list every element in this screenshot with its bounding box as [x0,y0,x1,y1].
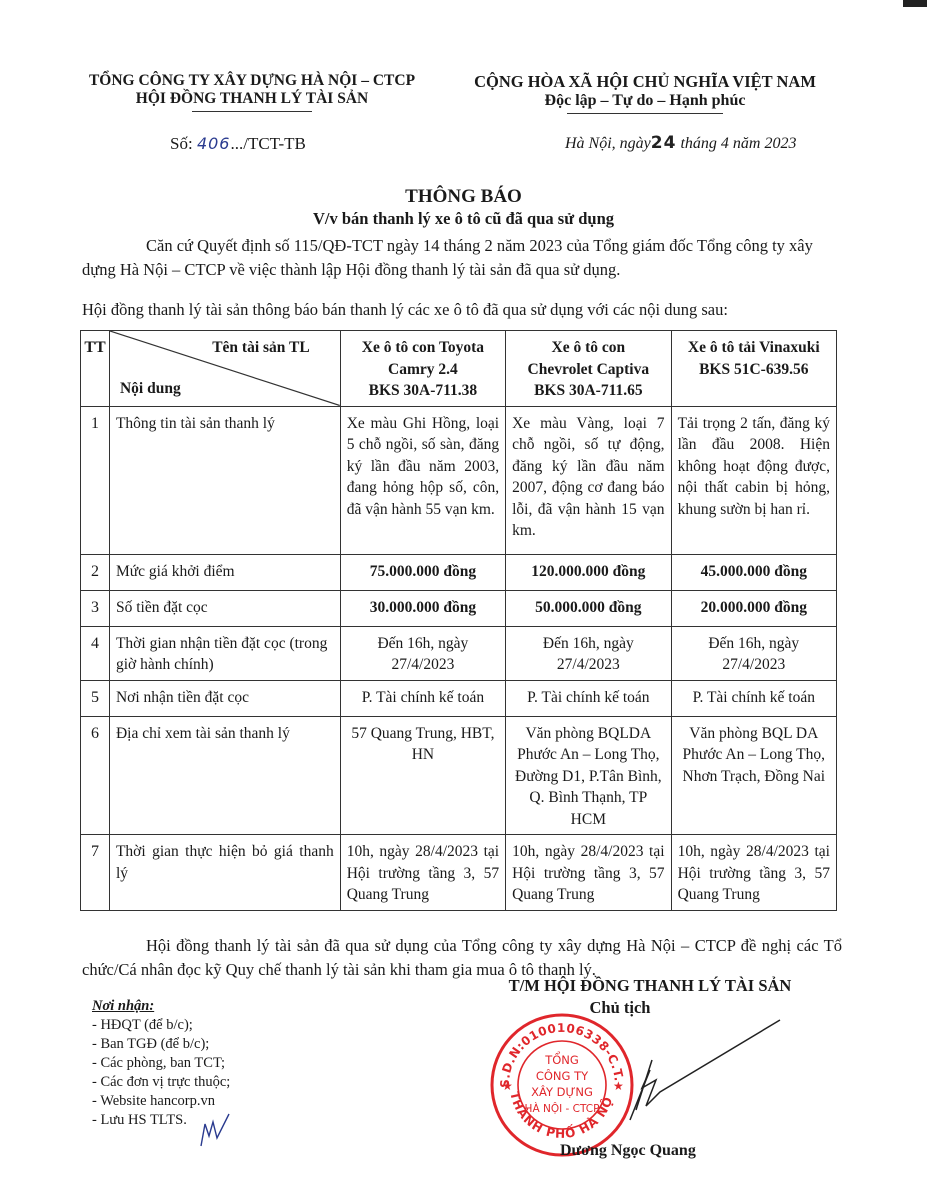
doc-number-handwritten: 406 [197,134,231,153]
table-row: 7 Thời gian thực hiện bỏ giá thanh lý 10… [81,835,837,911]
svg-text:HÀ NỘI - CTCP: HÀ NỘI - CTCP [525,1102,600,1115]
recipients-heading: Nơi nhận: [92,997,230,1016]
asset-3-line-1: Xe ô tô tải Vinaxuki [678,337,830,359]
issuer-header: TỔNG CÔNG TY XÂY DỰNG HÀ NỘI – CTCP HỘI … [62,72,442,112]
document-date: Hà Nội, ngày24 tháng 4 năm 2023 [565,133,796,153]
cell-asset-1: Đến 16h, ngày 27/4/2023 [340,626,505,680]
recipient-item: - Website hancorp.vn [92,1092,230,1111]
date-suffix: tháng 4 năm 2023 [676,135,796,152]
initial-signature-icon [195,1110,235,1150]
date-day-handwritten: 24 [651,133,677,153]
cell-asset-2: Đến 16h, ngày 27/4/2023 [506,626,671,680]
svg-text:★: ★ [502,1079,513,1093]
recipient-item: - Ban TGĐ (để b/c); [92,1035,230,1054]
cell-asset-1: 30.000.000 đồng [340,590,505,626]
national-header: CỘNG HÒA XÃ HỘI CHỦ NGHĨA VIỆT NAM Độc l… [445,72,845,114]
row-number: 3 [81,590,110,626]
doc-number-prefix: Số: [170,134,197,153]
header-asset-1: Xe ô tô con Toyota Camry 2.4 BKS 30A-711… [340,331,505,407]
document-subject: V/v bán thanh lý xe ô tô cũ đã qua sử dụ… [0,209,927,229]
row-label: Địa chỉ xem tài sản thanh lý [109,716,340,835]
asset-1-line-2: Camry 2.4 [347,359,499,381]
signatory-title: T/M HỘI ĐỒNG THANH LÝ TÀI SẢN [470,976,830,996]
recipient-item: - Các đơn vị trực thuộc; [92,1073,230,1092]
cell-asset-1: P. Tài chính kế toán [340,680,505,716]
cell-asset-2: Xe màu Vàng, loại 7 chỗ ngồi, số tự động… [506,406,671,554]
cell-asset-2: P. Tài chính kế toán [506,680,671,716]
row-number: 4 [81,626,110,680]
asset-2-line-2: Chevrolet Captiva [512,359,664,381]
country-name: CỘNG HÒA XÃ HỘI CHỦ NGHĨA VIỆT NAM [445,72,845,91]
handwritten-signature-icon [590,1010,790,1130]
svg-text:TỔNG: TỔNG [544,1051,579,1067]
diag-bottom-label: Nội dung [120,378,181,400]
document-number: Số: 406.../TCT-TB [170,134,306,154]
row-label: Thời gian thực hiện bỏ giá thanh lý [109,835,340,911]
asset-1-plate: BKS 30A-711.38 [347,380,499,402]
diag-top-label: Tên tài sản TL [212,337,309,359]
legal-basis-paragraph: Căn cứ Quyết định số 115/QĐ-TCT ngày 14 … [82,234,842,282]
closing-paragraph: Hội đồng thanh lý tài sản đã qua sử dụng… [82,934,842,982]
table-row: 2 Mức giá khởi điểm 75.000.000 đồng 120.… [81,554,837,590]
doc-number-suffix: .../TCT-TB [230,134,305,153]
asset-3-plate: BKS 51C-639.56 [678,359,830,381]
table-header-row: TT Tên tài sản TL Nội dung Xe ô tô con T… [81,331,837,407]
table-row: 5 Nơi nhận tiền đặt cọc P. Tài chính kế … [81,680,837,716]
table-row: 1 Thông tin tài sản thanh lý Xe màu Ghi … [81,406,837,554]
header-diagonal-cell: Tên tài sản TL Nội dung [109,331,340,407]
asset-2-line-1: Xe ô tô con [512,337,664,359]
row-label: Mức giá khởi điểm [109,554,340,590]
signatory-name: Dương Ngọc Quang [560,1142,760,1160]
recipient-item: - Các phòng, ban TCT; [92,1054,230,1073]
recipient-item: - HĐQT (để b/c); [92,1016,230,1035]
national-motto: Độc lập – Tự do – Hạnh phúc [445,91,845,110]
asset-1-line-1: Xe ô tô con Toyota [347,337,499,359]
asset-2-plate: BKS 30A-711.65 [512,380,664,402]
cell-asset-2: 120.000.000 đồng [506,554,671,590]
cell-asset-1: 75.000.000 đồng [340,554,505,590]
cell-asset-3: P. Tài chính kế toán [671,680,836,716]
row-number: 6 [81,716,110,835]
cell-asset-2: Văn phòng BQLDA Phước An – Long Thọ, Đườ… [506,716,671,835]
asset-table: TT Tên tài sản TL Nội dung Xe ô tô con T… [80,330,837,911]
scan-edge-mark [903,0,927,7]
svg-text:CÔNG TY: CÔNG TY [536,1068,589,1083]
row-label: Số tiền đặt cọc [109,590,340,626]
header-asset-3: Xe ô tô tải Vinaxuki BKS 51C-639.56 [671,331,836,407]
cell-asset-3: 20.000.000 đồng [671,590,836,626]
cell-asset-2: 50.000.000 đồng [506,590,671,626]
row-number: 2 [81,554,110,590]
date-prefix: Hà Nội, ngày [565,135,651,152]
issuer-org: TỔNG CÔNG TY XÂY DỰNG HÀ NỘI – CTCP [62,72,442,90]
motto-underline [567,113,723,114]
cell-asset-1: Xe màu Ghi Hồng, loại 5 chỗ ngồi, số sàn… [340,406,505,554]
lead-paragraph: Hội đồng thanh lý tài sản thông báo bán … [82,300,842,320]
row-number: 1 [81,406,110,554]
cell-asset-1: 10h, ngày 28/4/2023 tại Hội trường tầng … [340,835,505,911]
issuer-council: HỘI ĐỒNG THANH LÝ TÀI SẢN [62,90,442,108]
row-label: Thời gian nhận tiền đặt cọc (trong giờ h… [109,626,340,680]
row-label: Thông tin tài sản thanh lý [109,406,340,554]
header-asset-2: Xe ô tô con Chevrolet Captiva BKS 30A-71… [506,331,671,407]
cell-asset-3: 45.000.000 đồng [671,554,836,590]
table-row: 6 Địa chỉ xem tài sản thanh lý 57 Quang … [81,716,837,835]
cell-asset-3: Tải trọng 2 tấn, đăng ký lần đầu 2008. H… [671,406,836,554]
document-title: THÔNG BÁO [0,186,927,208]
table-row: 3 Số tiền đặt cọc 30.000.000 đồng 50.000… [81,590,837,626]
row-number: 7 [81,835,110,911]
row-number: 5 [81,680,110,716]
header-tt: TT [81,331,110,407]
svg-text:XÂY DỰNG: XÂY DỰNG [531,1084,593,1099]
table-row: 4 Thời gian nhận tiền đặt cọc (trong giờ… [81,626,837,680]
issuer-underline [192,111,312,112]
row-label: Nơi nhận tiền đặt cọc [109,680,340,716]
cell-asset-3: 10h, ngày 28/4/2023 tại Hội trường tầng … [671,835,836,911]
cell-asset-3: Văn phòng BQL DA Phước An – Long Thọ, Nh… [671,716,836,835]
cell-asset-1: 57 Quang Trung, HBT, HN [340,716,505,835]
cell-asset-2: 10h, ngày 28/4/2023 tại Hội trường tầng … [506,835,671,911]
cell-asset-3: Đến 16h, ngày 27/4/2023 [671,626,836,680]
